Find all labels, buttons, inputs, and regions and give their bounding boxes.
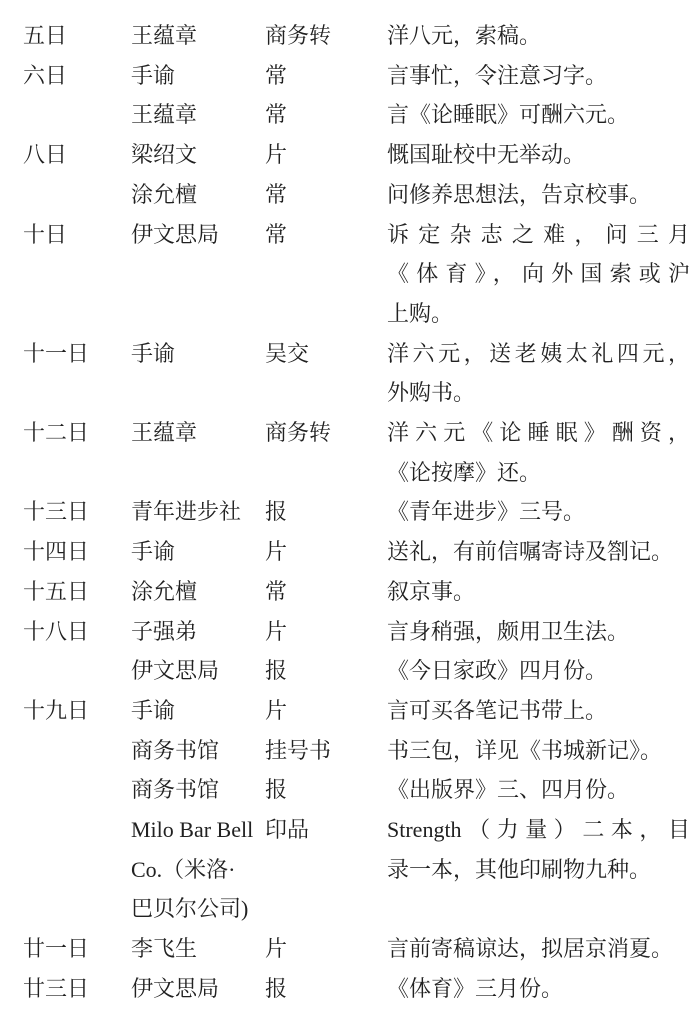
content-cell: 言身稍强，颇用卫生法。 — [387, 612, 690, 652]
type-cell: 报 — [265, 651, 387, 691]
sender-cell: 伊文思局 — [131, 215, 265, 255]
date-cell — [23, 810, 131, 850]
text-line: 洋八元，索稿。 — [387, 16, 690, 56]
text-line: 录一本，其他印刷物九种。 — [387, 850, 690, 890]
text-line: 手谕 — [131, 56, 265, 96]
table-row: 十三日青年进步社报《青年进步》三号。 — [23, 492, 693, 532]
text-line: 常 — [265, 215, 387, 255]
text-line: 挂号书 — [265, 731, 387, 771]
text-line — [23, 810, 131, 850]
text-line: 伊文思局 — [131, 651, 265, 691]
date-cell: 五日 — [23, 16, 131, 56]
date-cell: 十四日 — [23, 532, 131, 572]
text-line: 言身稍强，颇用卫生法。 — [387, 612, 690, 652]
text-line: 六日 — [23, 56, 131, 96]
text-line: 十一日 — [23, 334, 131, 374]
content-cell: 叙京事。 — [387, 572, 690, 612]
content-cell: 洋六元，送老姨太礼四元，外购书。 — [387, 334, 690, 413]
text-line: 言可买各笔记书带上。 — [387, 691, 690, 731]
text-line: 叙京事。 — [387, 572, 690, 612]
date-cell: 廿三日 — [23, 969, 131, 1009]
type-cell: 吴交 — [265, 334, 387, 374]
text-line: 十四日 — [23, 532, 131, 572]
text-line: 王蕴章 — [131, 413, 265, 453]
text-line: 印品 — [265, 810, 387, 850]
text-line: 伊文思局 — [131, 215, 265, 255]
text-line: 慨国耻校中无举动。 — [387, 135, 690, 175]
date-cell — [23, 175, 131, 215]
text-line: 李飞生 — [131, 929, 265, 969]
sender-cell: 手谕 — [131, 334, 265, 374]
type-cell: 报 — [265, 969, 387, 1009]
type-cell: 印品 — [265, 810, 387, 850]
content-cell: 言可买各笔记书带上。 — [387, 691, 690, 731]
date-cell — [23, 95, 131, 135]
text-line: Milo Bar Bell — [131, 810, 265, 850]
sender-cell: 王蕴章 — [131, 95, 265, 135]
text-line: 洋六元《论睡眠》酬资， — [387, 413, 690, 453]
type-cell: 片 — [265, 929, 387, 969]
table-row: 六日手谕常言事忙，令注意习字。 — [23, 56, 693, 96]
text-line: 常 — [265, 56, 387, 96]
text-line: 问修养思想法，告京校事。 — [387, 175, 690, 215]
content-cell: 《体育》三月份。 — [387, 969, 690, 1009]
sender-cell: 李飞生 — [131, 929, 265, 969]
text-line — [23, 95, 131, 135]
text-line: 常 — [265, 95, 387, 135]
table-row: 廿一日李飞生片言前寄稿谅达，拟居京消夏。 — [23, 929, 693, 969]
date-cell: 十三日 — [23, 492, 131, 532]
sender-cell: 手谕 — [131, 532, 265, 572]
text-line: 十日 — [23, 215, 131, 255]
sender-cell: 王蕴章 — [131, 16, 265, 56]
text-line: 廿一日 — [23, 929, 131, 969]
content-cell: 慨国耻校中无举动。 — [387, 135, 690, 175]
text-line: 手谕 — [131, 334, 265, 374]
sender-cell: Milo Bar BellCo.（米洛·巴贝尔公司) — [131, 810, 265, 929]
content-cell: 问修养思想法，告京校事。 — [387, 175, 690, 215]
text-line: 商务转 — [265, 413, 387, 453]
sender-cell: 伊文思局 — [131, 651, 265, 691]
content-cell: 言《论睡眠》可酬六元。 — [387, 95, 690, 135]
text-line: 《青年进步》三号。 — [387, 492, 690, 532]
content-cell: 诉定杂志之难，问三月《体育》，向外国索或沪上购。 — [387, 215, 690, 334]
text-line: 上购。 — [387, 294, 690, 334]
text-line: 报 — [265, 770, 387, 810]
type-cell: 常 — [265, 56, 387, 96]
text-line: 十三日 — [23, 492, 131, 532]
text-line: 八日 — [23, 135, 131, 175]
text-line: 王蕴章 — [131, 16, 265, 56]
table-row: 伊文思局报《今日家政》四月份。 — [23, 651, 693, 691]
sender-cell: 商务书馆 — [131, 770, 265, 810]
type-cell: 报 — [265, 492, 387, 532]
type-cell: 常 — [265, 572, 387, 612]
text-line — [23, 770, 131, 810]
text-line: 十二日 — [23, 413, 131, 453]
text-line: 报 — [265, 492, 387, 532]
type-cell: 片 — [265, 135, 387, 175]
text-line — [23, 651, 131, 691]
sender-cell: 青年进步社 — [131, 492, 265, 532]
text-line: 洋六元，送老姨太礼四元， — [387, 334, 690, 374]
type-cell: 商务转 — [265, 16, 387, 56]
sender-cell: 王蕴章 — [131, 413, 265, 453]
text-line: 片 — [265, 532, 387, 572]
date-cell: 十八日 — [23, 612, 131, 652]
ledger-table: 五日王蕴章商务转洋八元，索稿。六日手谕常言事忙，令注意习字。 王蕴章常言《论睡眠… — [0, 0, 699, 1009]
text-line: 送礼，有前信嘱寄诗及劄记。 — [387, 532, 690, 572]
date-cell: 十五日 — [23, 572, 131, 612]
sender-cell: 手谕 — [131, 691, 265, 731]
type-cell: 常 — [265, 215, 387, 255]
sender-cell: 涂允檀 — [131, 572, 265, 612]
text-line: 涂允檀 — [131, 175, 265, 215]
sender-cell: 涂允檀 — [131, 175, 265, 215]
text-line: 王蕴章 — [131, 95, 265, 135]
text-line: 《体育》三月份。 — [387, 969, 690, 1009]
text-line: 涂允檀 — [131, 572, 265, 612]
content-cell: 送礼，有前信嘱寄诗及劄记。 — [387, 532, 690, 572]
text-line: 商务转 — [265, 16, 387, 56]
sender-cell: 伊文思局 — [131, 969, 265, 1009]
date-cell — [23, 731, 131, 771]
text-line: 五日 — [23, 16, 131, 56]
text-line — [23, 731, 131, 771]
text-line: 伊文思局 — [131, 969, 265, 1009]
text-line: 《体育》，向外国索或沪 — [387, 254, 690, 294]
text-line: 言《论睡眠》可酬六元。 — [387, 95, 690, 135]
text-line: 手谕 — [131, 691, 265, 731]
table-row: 十八日子强弟片言身稍强，颇用卫生法。 — [23, 612, 693, 652]
date-cell: 十二日 — [23, 413, 131, 453]
text-line: 商务书馆 — [131, 731, 265, 771]
text-line: 十八日 — [23, 612, 131, 652]
text-line: 言事忙，令注意习字。 — [387, 56, 690, 96]
text-line: 言前寄稿谅达，拟居京消夏。 — [387, 929, 690, 969]
table-row: 涂允檀常问修养思想法，告京校事。 — [23, 175, 693, 215]
text-line: 《今日家政》四月份。 — [387, 651, 690, 691]
content-cell: 《青年进步》三号。 — [387, 492, 690, 532]
date-cell: 六日 — [23, 56, 131, 96]
text-line: 片 — [265, 612, 387, 652]
type-cell: 常 — [265, 175, 387, 215]
text-line: 常 — [265, 175, 387, 215]
content-cell: 《今日家政》四月份。 — [387, 651, 690, 691]
text-line: 《出版界》三、四月份。 — [387, 770, 690, 810]
text-line — [23, 175, 131, 215]
table-row: 十二日王蕴章商务转洋六元《论睡眠》酬资，《论按摩》还。 — [23, 413, 693, 492]
content-cell: 洋八元，索稿。 — [387, 16, 690, 56]
table-row: 商务书馆挂号书书三包，详见《书城新记》。 — [23, 731, 693, 771]
text-line: 廿三日 — [23, 969, 131, 1009]
sender-cell: 子强弟 — [131, 612, 265, 652]
text-line: 十五日 — [23, 572, 131, 612]
table-row: 商务书馆报《出版界》三、四月份。 — [23, 770, 693, 810]
type-cell: 常 — [265, 95, 387, 135]
table-row: 八日梁绍文片慨国耻校中无举动。 — [23, 135, 693, 175]
text-line: 片 — [265, 691, 387, 731]
text-line: 商务书馆 — [131, 770, 265, 810]
text-line: 片 — [265, 135, 387, 175]
table-row: 王蕴章常言《论睡眠》可酬六元。 — [23, 95, 693, 135]
date-cell: 八日 — [23, 135, 131, 175]
text-line: 《论按摩》还。 — [387, 453, 690, 493]
type-cell: 商务转 — [265, 413, 387, 453]
type-cell: 挂号书 — [265, 731, 387, 771]
text-line: 外购书。 — [387, 373, 690, 413]
text-line: 梁绍文 — [131, 135, 265, 175]
text-line: 子强弟 — [131, 612, 265, 652]
content-cell: 洋六元《论睡眠》酬资，《论按摩》还。 — [387, 413, 690, 492]
table-row: 十日伊文思局常诉定杂志之难，问三月《体育》，向外国索或沪上购。 — [23, 215, 693, 334]
table-row: 十四日手谕片送礼，有前信嘱寄诗及劄记。 — [23, 532, 693, 572]
text-line: 手谕 — [131, 532, 265, 572]
sender-cell: 梁绍文 — [131, 135, 265, 175]
type-cell: 片 — [265, 612, 387, 652]
type-cell: 片 — [265, 532, 387, 572]
date-cell — [23, 770, 131, 810]
date-cell: 十一日 — [23, 334, 131, 374]
content-cell: 《出版界》三、四月份。 — [387, 770, 690, 810]
text-line: 巴贝尔公司) — [131, 889, 265, 929]
table-row: 十九日手谕片言可买各笔记书带上。 — [23, 691, 693, 731]
sender-cell: 手谕 — [131, 56, 265, 96]
date-cell: 十九日 — [23, 691, 131, 731]
text-line: 报 — [265, 969, 387, 1009]
content-cell: 言前寄稿谅达，拟居京消夏。 — [387, 929, 690, 969]
text-line: 常 — [265, 572, 387, 612]
text-line: Strength（力量）二本，目 — [387, 810, 690, 850]
text-line: 书三包，详见《书城新记》。 — [387, 731, 690, 771]
table-row: Milo Bar BellCo.（米洛·巴贝尔公司)印品Strength（力量）… — [23, 810, 693, 929]
text-line: 诉定杂志之难，问三月 — [387, 215, 690, 255]
content-cell: Strength（力量）二本，目录一本，其他印刷物九种。 — [387, 810, 690, 889]
table-row: 廿三日伊文思局报《体育》三月份。 — [23, 969, 693, 1009]
table-row: 十一日手谕吴交洋六元，送老姨太礼四元，外购书。 — [23, 334, 693, 413]
sender-cell: 商务书馆 — [131, 731, 265, 771]
table-row: 十五日涂允檀常叙京事。 — [23, 572, 693, 612]
text-line: 十九日 — [23, 691, 131, 731]
date-cell: 廿一日 — [23, 929, 131, 969]
table-row: 五日王蕴章商务转洋八元，索稿。 — [23, 16, 693, 56]
text-line: 报 — [265, 651, 387, 691]
content-cell: 书三包，详见《书城新记》。 — [387, 731, 690, 771]
type-cell: 报 — [265, 770, 387, 810]
date-cell: 十日 — [23, 215, 131, 255]
date-cell — [23, 651, 131, 691]
text-line: 吴交 — [265, 334, 387, 374]
content-cell: 言事忙，令注意习字。 — [387, 56, 690, 96]
text-line: Co.（米洛· — [131, 850, 265, 890]
text-line: 片 — [265, 929, 387, 969]
text-line: 青年进步社 — [131, 492, 265, 532]
type-cell: 片 — [265, 691, 387, 731]
